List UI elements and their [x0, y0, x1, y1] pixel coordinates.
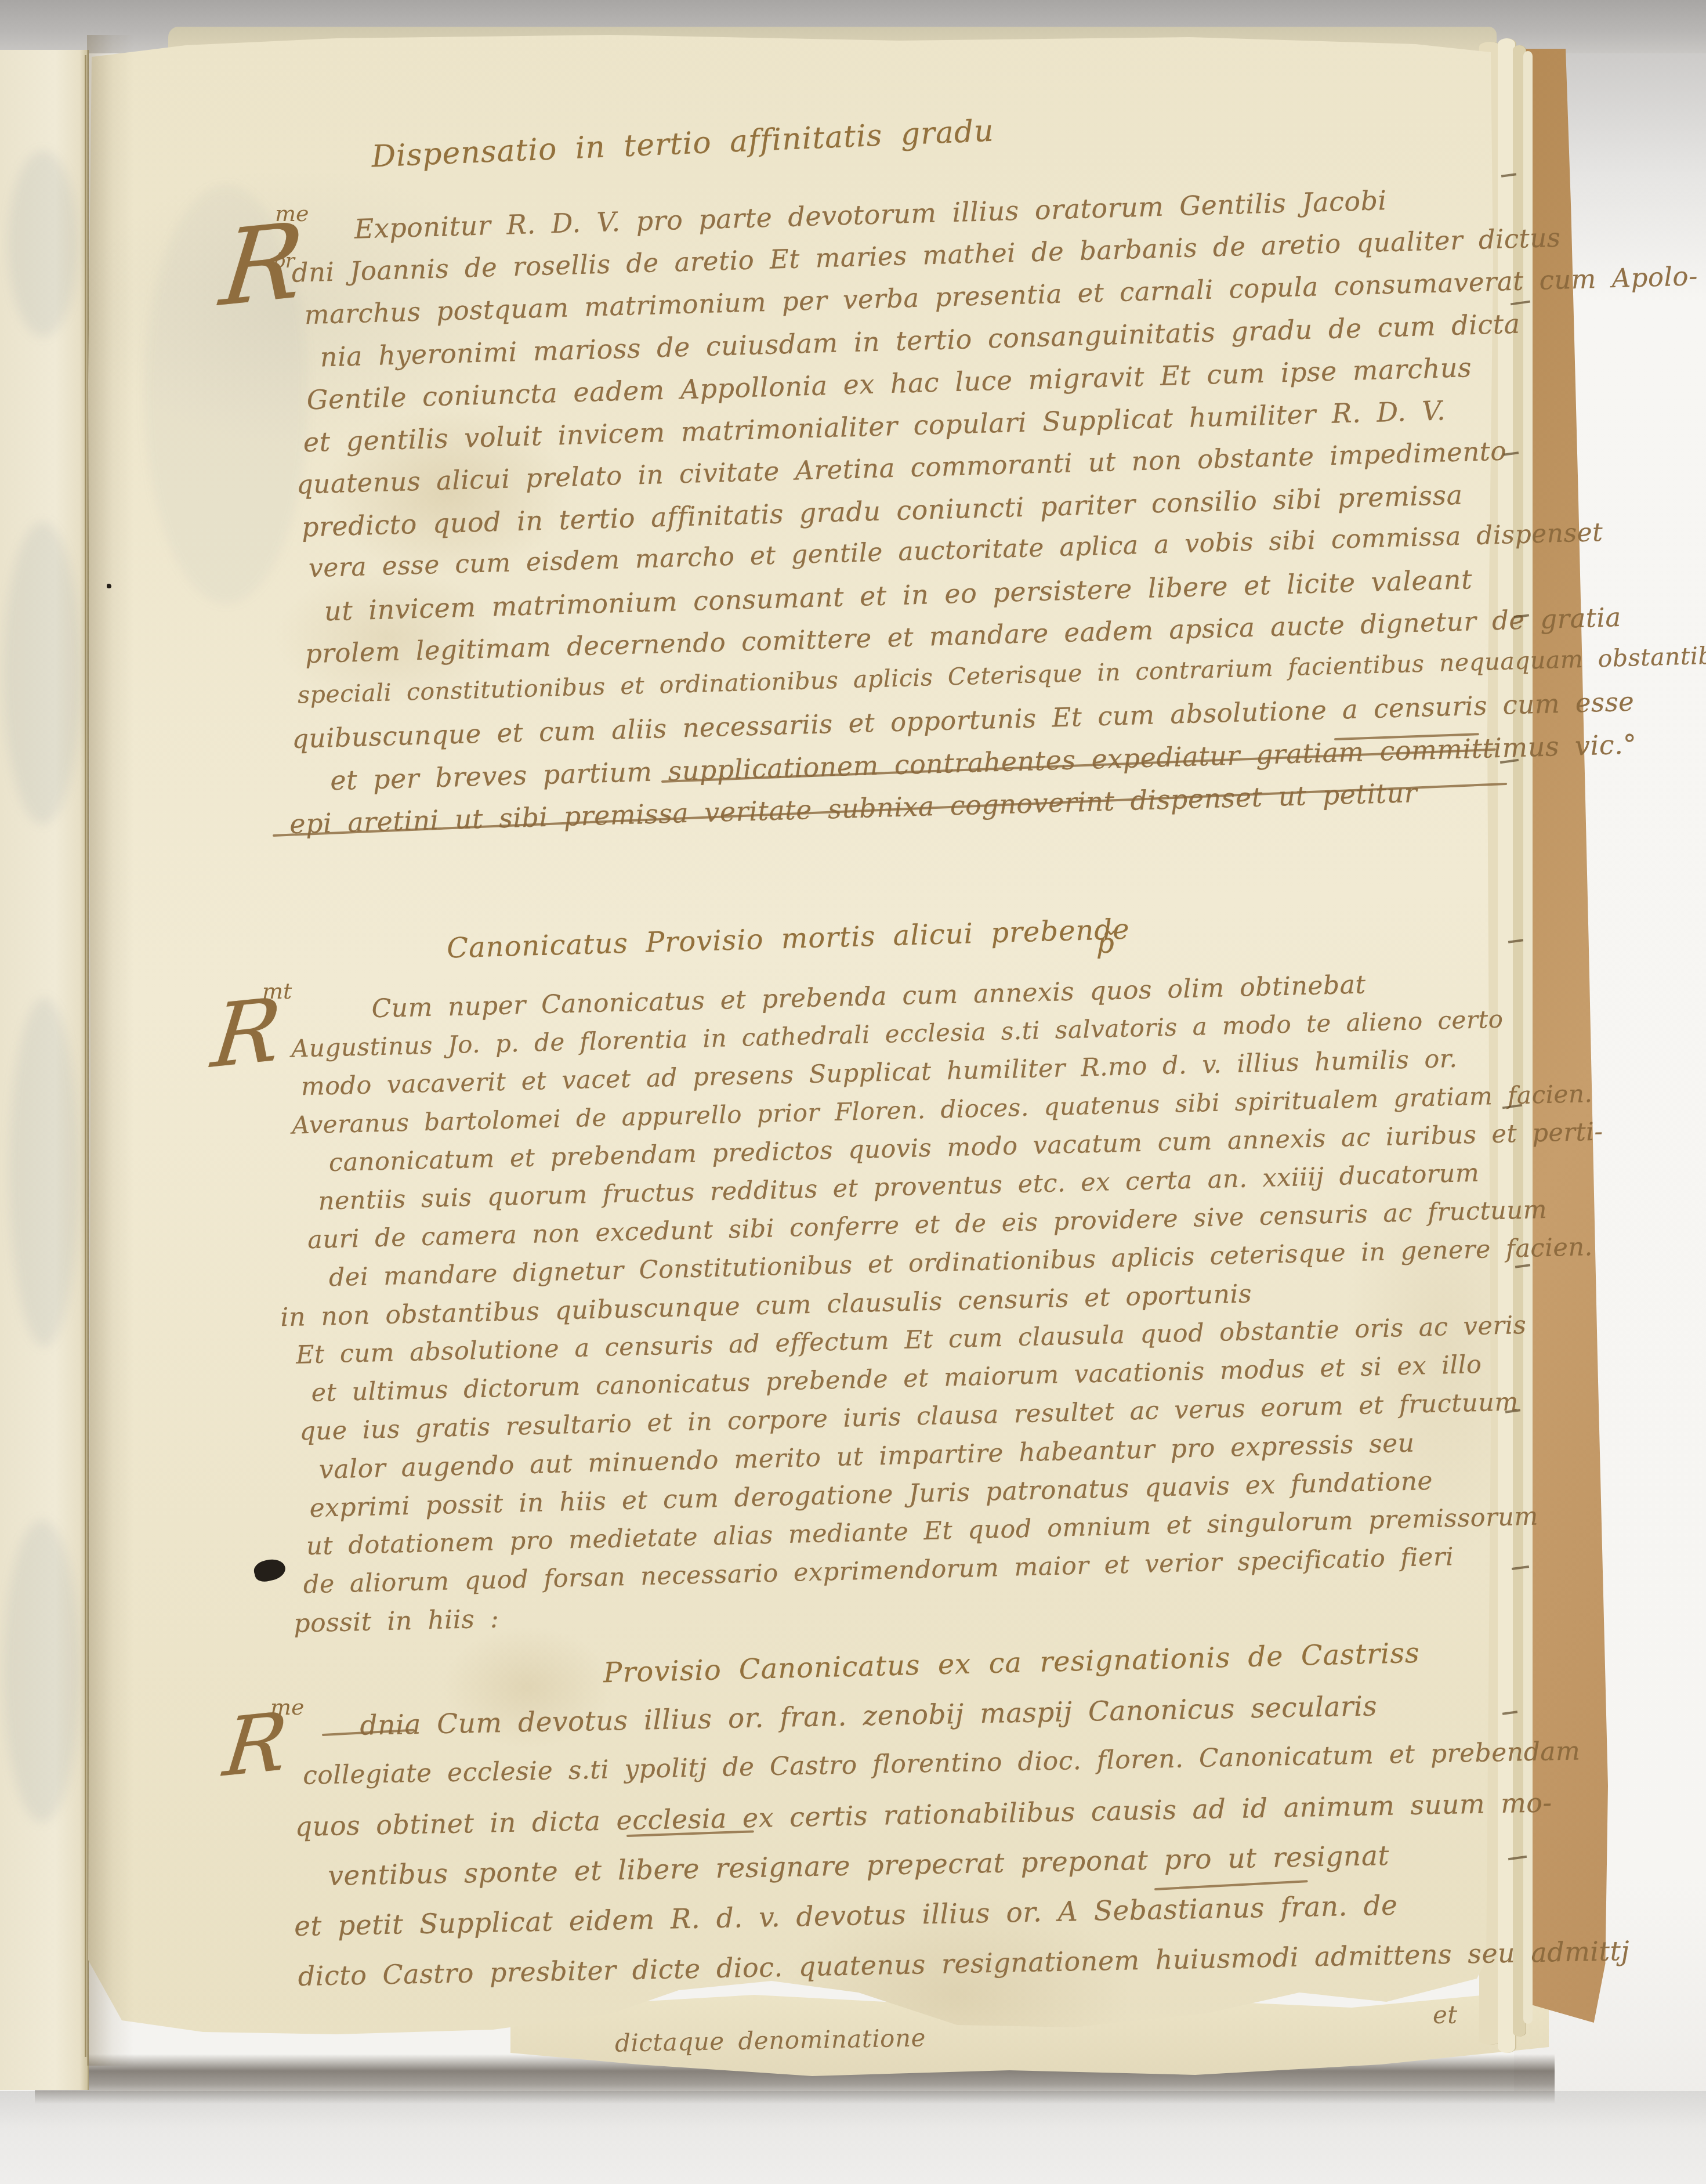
ghost-smudge	[3, 1520, 80, 1822]
ghost-smudge	[8, 151, 78, 337]
ghost-smudge	[9, 998, 79, 1346]
entry2-initial-superscript: mt	[262, 978, 292, 1004]
gutter-fold	[87, 35, 133, 2066]
entry3-initial-superscript: me	[270, 1694, 305, 1720]
ink-speck	[107, 584, 111, 588]
next-leaf-text-fragment: dictaque denominatione	[615, 2023, 926, 2057]
scanner-background-bottom	[0, 2091, 1706, 2184]
entry2-heading-suffix: p̃	[1096, 927, 1115, 960]
gutter-fold-line	[85, 55, 86, 2057]
next-leaf-text-fragment: et	[1433, 2001, 1458, 2029]
ghost-smudge	[3, 522, 81, 824]
entry1-initial-superscript: me	[275, 201, 309, 226]
manuscript-line: possit in hiis :	[294, 1604, 499, 1639]
scanned-manuscript-page: Dispensatio in tertio affinitatis gradu …	[0, 0, 1706, 2184]
page-edges-stack	[1523, 51, 1533, 2024]
